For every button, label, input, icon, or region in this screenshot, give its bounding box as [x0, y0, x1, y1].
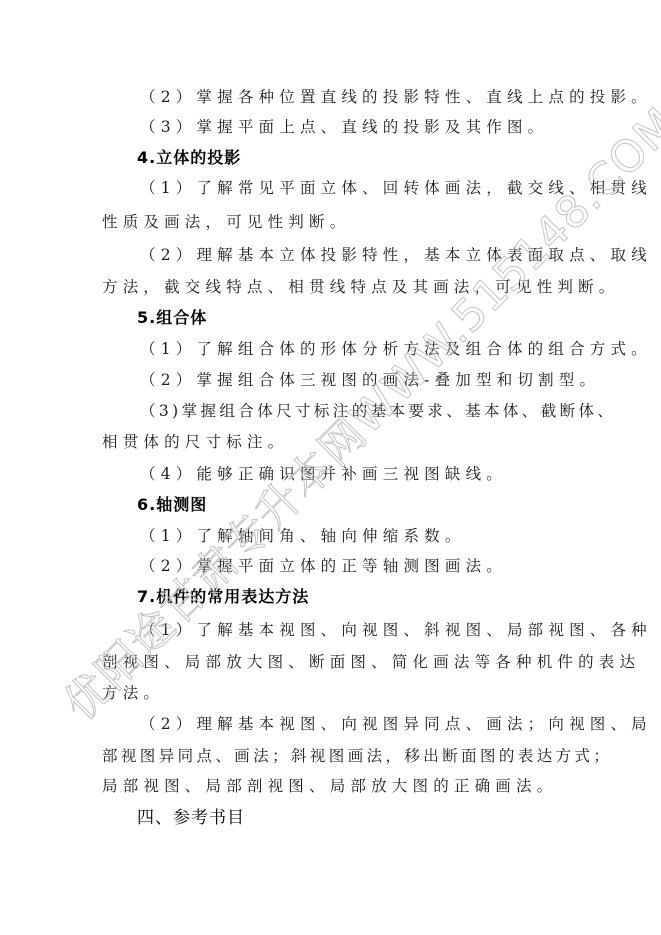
paragraph-line: （2）掌握组合体三视图的画法-叠加型和切割型。	[140, 370, 600, 390]
paragraph-line: （2）掌握平面立体的正等轴测图画法。	[140, 556, 507, 576]
paragraph-line: （1）了解组合体的形体分析方法及组合体的组合方式。	[140, 339, 652, 359]
paragraph-line: （1）了解轴间角、轴向伸缩系数。	[140, 526, 466, 546]
paragraph-line: （1）了解常见平面立体、回转体画法，截交线、相贯线	[140, 178, 652, 198]
document-page: （2）掌握各种位置直线的投影特性、直线上点的投影。 （3）掌握平面上点、直线的投…	[0, 0, 661, 935]
paragraph-line: （1）了解基本视图、向视图、斜视图、局部视图、各种	[140, 620, 652, 640]
section-heading-5: 5.组合体	[137, 308, 207, 328]
paragraph-line: 方法，截交线特点、相贯线特点及其画法，可见性判断。	[102, 277, 620, 297]
paragraph-line: 性质及画法，可见性判断。	[102, 212, 350, 232]
paragraph-line: 局部视图、局部剖视图、局部放大图的正确画法。	[102, 776, 557, 796]
paragraph-line: 部视图异同点、画法；斜视图画法，移出断面图的表达方式；	[102, 746, 612, 766]
paragraph-line: （3）掌握平面上点、直线的投影及其作图。	[140, 117, 548, 137]
paragraph-line: （2）掌握各种位置直线的投影特性、直线上点的投影。	[140, 87, 652, 107]
section-heading-6: 6.轴测图	[137, 495, 207, 515]
section-title-references: 四、参考书目	[137, 808, 245, 828]
paragraph-line: （4）能够正确识图并补画三视图缺线。	[140, 464, 507, 484]
paragraph-line: （3)掌握组合体尺寸标注的基本要求、基本体、截断体、	[140, 401, 616, 421]
section-heading-4: 4.立体的投影	[137, 148, 241, 168]
section-heading-7: 7.机件的常用表达方法	[137, 587, 309, 607]
paragraph-line: （2）理解基本立体投影特性，基本立体表面取点、取线	[140, 245, 652, 265]
paragraph-line: 剖视图、局部放大图、断面图、简化画法等各种机件的表达	[102, 652, 640, 672]
paragraph-line: 相贯体的尺寸标注。	[102, 432, 288, 452]
paragraph-line: 方法。	[102, 683, 164, 703]
paragraph-line: （2）理解基本视图、向视图异同点、画法；向视图、局	[140, 714, 652, 734]
